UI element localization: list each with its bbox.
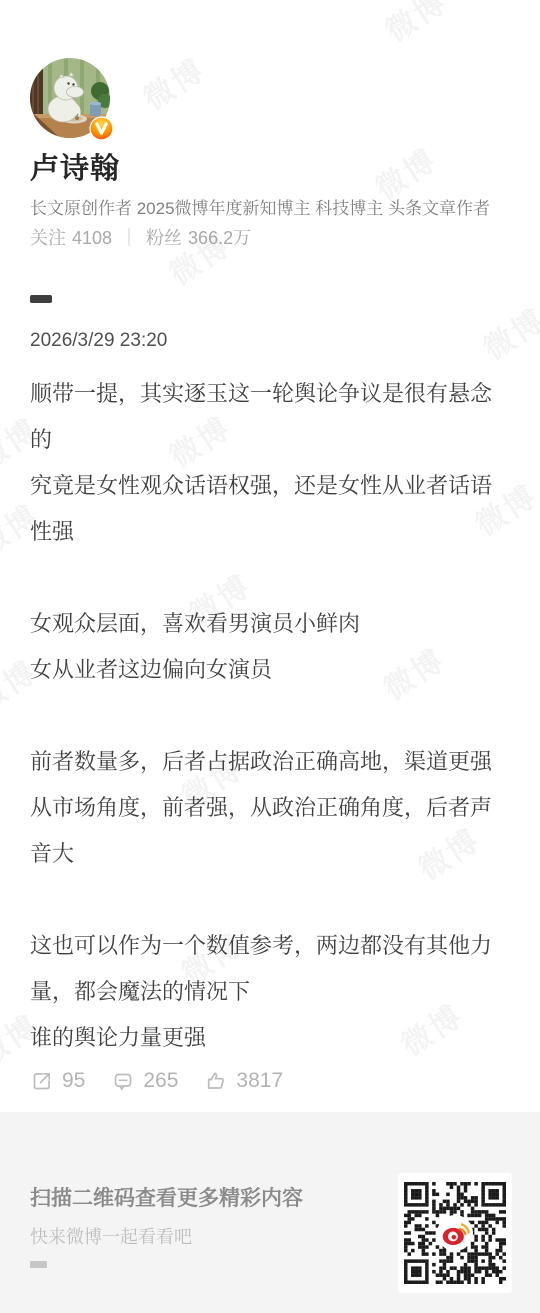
verified-badge-icon — [89, 116, 114, 141]
footer-title: 扫描二维码查看更多精彩内容 — [30, 1186, 303, 1211]
followers-count: 366.2万 — [188, 228, 251, 248]
qr-code — [398, 1173, 512, 1293]
footer-dash — [30, 1261, 47, 1268]
repost-icon — [30, 1069, 54, 1093]
post-timestamp: 2026/3/29 23:20 — [30, 329, 510, 352]
following-label: 关注 — [30, 228, 66, 248]
profile-badges-line: 长文原创作者 2025微博年度新知博主 科技博主 头条文章作者 — [30, 198, 510, 220]
divider-dash — [30, 295, 52, 303]
comment-icon — [111, 1069, 135, 1093]
comment-button[interactable]: 265 — [111, 1069, 178, 1093]
post-text: 顺带一提，其实逐玉这一轮舆论争议是很有悬念的 究竟是女性观众话语权强，还是女性从… — [30, 371, 510, 1061]
repost-button[interactable]: 95 — [30, 1069, 85, 1093]
like-icon — [204, 1069, 228, 1093]
like-button[interactable]: 3817 — [204, 1069, 283, 1093]
post-card-content: 卢诗翰 长文原创作者 2025微博年度新知博主 科技博主 头条文章作者 关注41… — [0, 0, 540, 1112]
followers-label: 粉丝 — [146, 228, 182, 248]
username[interactable]: 卢诗翰 — [30, 153, 510, 186]
avatar[interactable] — [30, 58, 110, 138]
weibo-post-share-card: 卢诗翰 长文原创作者 2025微博年度新知博主 科技博主 头条文章作者 关注41… — [0, 0, 540, 1313]
like-count: 3817 — [236, 1069, 283, 1093]
weibo-logo-icon — [437, 1215, 473, 1251]
comment-count: 265 — [143, 1069, 178, 1093]
footer-banner: 扫描二维码查看更多精彩内容 快来微博一起看看吧 — [0, 1112, 540, 1313]
footer-text-block: 扫描二维码查看更多精彩内容 快来微博一起看看吧 — [30, 1112, 303, 1313]
action-bar: 95 265 3817 — [30, 1066, 510, 1096]
footer-subtitle: 快来微博一起看看吧 — [30, 1226, 303, 1248]
stats-separator: ｜ — [120, 228, 138, 248]
repost-count: 95 — [62, 1069, 85, 1093]
profile-stats: 关注4108｜粉丝366.2万 — [30, 227, 510, 250]
following-count: 4108 — [72, 228, 112, 248]
